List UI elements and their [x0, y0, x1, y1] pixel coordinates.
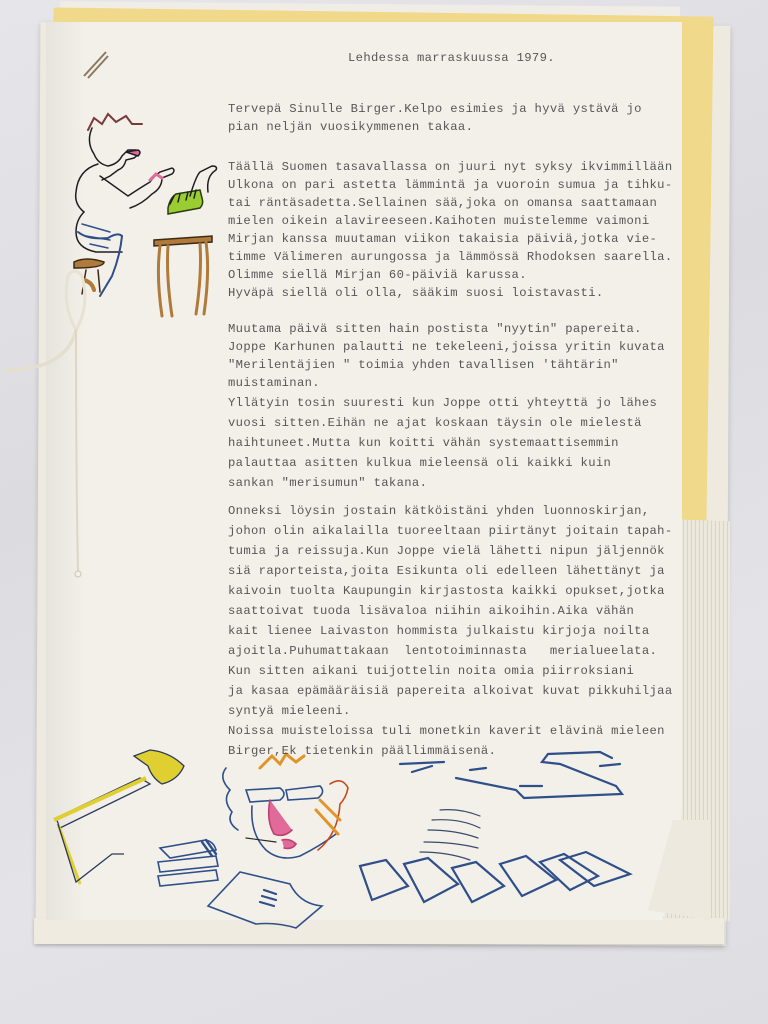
text-line: timme Välimeren aurungossa ja lämmössä R… [228, 250, 673, 264]
text-line: Hyväpä siellä oli olla, sääkim suosi loi… [228, 286, 604, 300]
place-and-date: Lehdessa marraskuussa 1979. [348, 51, 555, 65]
text-line: tai räntäsadetta.Sellainen sää,joka on o… [228, 196, 657, 210]
text-line: Olimme siellä Mirjan 60-päiviä karussa. [228, 268, 527, 282]
text-line: Joppe Karhunen palautti ne tekeleeni,joi… [228, 340, 665, 354]
text-line: muistaminan. [228, 376, 320, 390]
text-line: Noissa muisteloissa tuli monetkin kaveri… [228, 724, 665, 738]
text-line: Kun sitten aikani tuijottelin noita omia… [228, 664, 634, 678]
text-line: pian neljän vuosikymmenen takaa. [228, 120, 473, 134]
text-line: vuosi sitten.Eihän ne ajat koskaan täysi… [228, 416, 642, 430]
text-line: Täällä Suomen tasavallassa on juuri nyt … [228, 160, 673, 174]
text-line: kaivoin tuolta Kaupungin kirjastosta kai… [228, 584, 665, 598]
text-line: palauttaa asitten kulkua mieleensä oli k… [228, 456, 611, 470]
text-line: saattoivat tuoda lisävaloa niihin aikoih… [228, 604, 634, 618]
text-line: haihtuneet.Mutta kun koitti vähän system… [228, 436, 619, 450]
text-line: Tervepä Sinulle Birger.Kelpo esimies ja … [228, 102, 642, 116]
text-line: mielen oikein alavireeseen.Kaihoten muis… [228, 214, 650, 228]
text-line: Birger,Ek tietenkin päällimmäisenä. [228, 744, 496, 758]
text-line: Mirjan kanssa muutaman viikon takaisia p… [228, 232, 657, 246]
text-line: Ulkona on pari astetta lämmintä ja vuoro… [228, 178, 673, 192]
text-line: Onneksi löysin jostain kätköistäni yhden… [228, 504, 650, 518]
text-line: johon olin aikalailla tuoreeltaan piirtä… [228, 524, 673, 538]
text-line: ja kasaa epämääräisiä papereita alkoivat… [228, 684, 673, 698]
text-line: syntyä mieleeni. [228, 704, 351, 718]
text-line: ajoitla.Puhumattakaan lentotoiminnasta m… [228, 644, 657, 658]
text-line: "Merilentäjien " toimia yhden tavallisen… [228, 358, 619, 372]
typed-text: Lehdessa marraskuussa 1979. Tervepä Sinu… [0, 0, 768, 1024]
text-line: Muutama päivä sitten hain postista "nyyt… [228, 322, 642, 336]
text-line: sankan "merisumun" takana. [228, 476, 427, 490]
text-line: Yllätyin tosin suuresti kun Joppe otti y… [228, 396, 657, 410]
text-line: tumia ja reissuja.Kun Joppe vielä lähett… [228, 544, 665, 558]
text-line: siä raporteista,joita Esikunta oli edell… [228, 564, 665, 578]
text-line: kait lienee Laivaston hommista julkaistu… [228, 624, 650, 638]
